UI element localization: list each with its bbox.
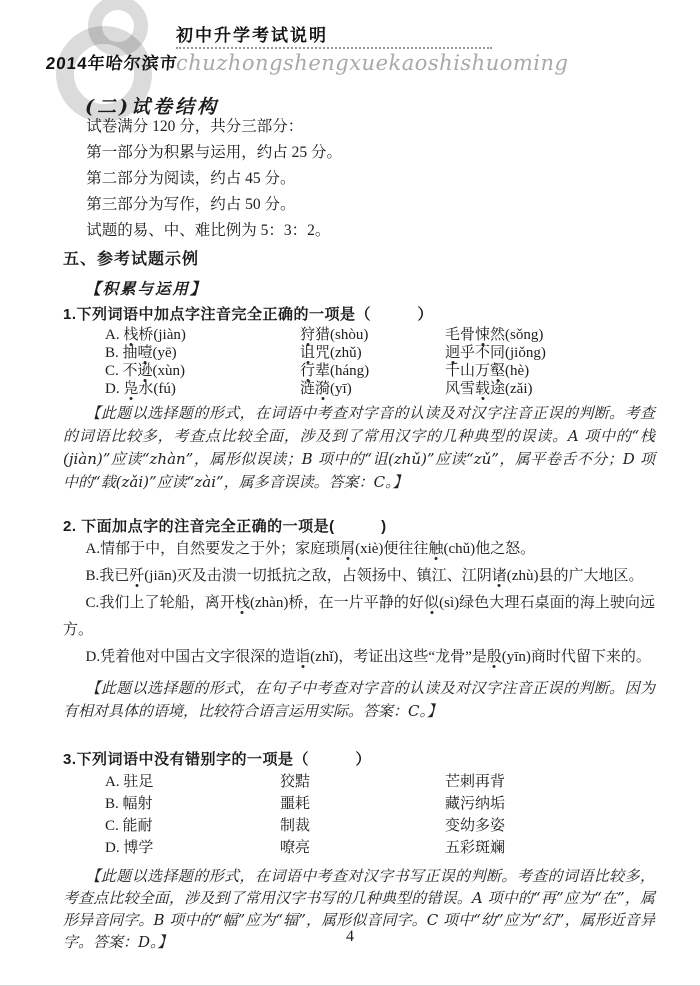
document-title: 初中升学考试说明 — [176, 21, 328, 46]
option-cell: 藏污纳垢 — [445, 793, 655, 815]
option-cell: B. 抽噎(yē) — [105, 344, 300, 362]
option-cell: 诅咒(zhǔ) — [300, 344, 445, 362]
option-cell: 制裁 — [280, 815, 445, 837]
question-3-options: A. 驻足 狡黠 芒刺再背 B. 幅射 噩耗 藏污纳垢 C. 能耐 制裁 变幼多… — [105, 771, 655, 859]
option-sentence: B.我已歼(jiān)灭及击溃一切抵抗之敌，占领扬中、镇江、江阴诸(zhù)县的… — [63, 563, 655, 590]
option-sentence: A.情郁于中，自然要发之于外；家庭琐屑(xiè)便往往触(chǔ)他之怒。 — [63, 536, 655, 563]
option-cell: A. 栈桥(jiàn) — [105, 326, 300, 344]
option-cell: 行辈(háng) — [300, 362, 445, 380]
question-1-options: A. 栈桥(jiàn) 狩猎(shòu) 毛骨悚然(sǒng) B. 抽噎(yē… — [105, 326, 655, 398]
option-cell: B. 幅射 — [105, 793, 280, 815]
question-2-explanation: 【此题以选择题的形式，在句子中考查对字音的认读及对汉字注音正误的判断。因为有相对… — [63, 677, 655, 723]
question-3-stem: 3.下列词语中没有错别字的一项是（ ） — [63, 751, 655, 769]
option-cell: 涟漪(yī) — [300, 380, 445, 398]
structure-line: 第二部分为阅读，约占 45 分。 — [63, 166, 655, 192]
section-heading: (二)试卷结构 — [85, 92, 655, 114]
option-cell: 风雪载途(zǎi) — [445, 380, 655, 398]
structure-line: 第三部分为写作，约占 50 分。 — [63, 192, 655, 218]
document-page: 2014年哈尔滨市 初中升学考试说明 chuzhongshengxuekaosh… — [0, 0, 700, 986]
question-2-stem: 2. 下面加点字的注音完全正确的一项是( ) — [63, 518, 655, 536]
question-1-stem: 1.下列词语中加点字注音完全正确的一项是（ ） — [63, 306, 655, 324]
structure-line: 第一部分为积累与运用，约占 25 分。 — [63, 140, 655, 166]
option-cell: A. 驻足 — [105, 771, 280, 793]
structure-line: 试卷满分 120 分，共分三部分： — [63, 114, 655, 140]
examples-heading: 五、参考试题示例 — [63, 250, 655, 270]
option-cell: 毛骨悚然(sǒng) — [445, 326, 655, 344]
edition-label: 2014年哈尔滨市 — [45, 49, 179, 74]
option-cell: 千山万壑(hè) — [445, 362, 655, 380]
option-cell: 狩猎(shòu) — [300, 326, 445, 344]
option-cell: 芒刺再背 — [445, 771, 655, 793]
option-cell: 狡黠 — [280, 771, 445, 793]
option-cell: 噩耗 — [280, 793, 445, 815]
option-sentence: D.凭着他对中国古文字很深的造诣(zhǐ)，考证出这些“龙骨”是殷(yīn)商时… — [63, 644, 655, 671]
question-1-explanation: 【此题以选择题的形式，在词语中考查对字音的认读及对汉字注音正误的判断。考查的词语… — [63, 402, 655, 494]
pinyin-subtitle: chuzhongshengxuekaoshishuoming — [176, 51, 568, 75]
document-body: (二)试卷结构 试卷满分 120 分，共分三部分： 第一部分为积累与运用，约占 … — [63, 88, 655, 953]
category-label: 【积累与运用】 — [85, 280, 655, 298]
page-number: 4 — [0, 928, 700, 946]
option-cell: D. 博学 — [105, 837, 280, 859]
option-cell: 五彩斑斓 — [445, 837, 655, 859]
header-divider — [176, 47, 492, 49]
option-cell: 变幼多姿 — [445, 815, 655, 837]
option-cell: C. 不逊(xùn) — [105, 362, 300, 380]
option-sentence: C.我们上了轮船，离开栈(zhàn)桥，在一片平静的好似(sì)绿色大理石桌面的… — [63, 590, 655, 644]
structure-line: 试题的易、中、难比例为 5：3：2。 — [63, 218, 655, 244]
option-cell: C. 能耐 — [105, 815, 280, 837]
option-cell: 嘹亮 — [280, 837, 445, 859]
option-cell: D. 凫水(fú) — [105, 380, 300, 398]
option-cell: 迥乎不同(jiǒng) — [445, 344, 655, 362]
